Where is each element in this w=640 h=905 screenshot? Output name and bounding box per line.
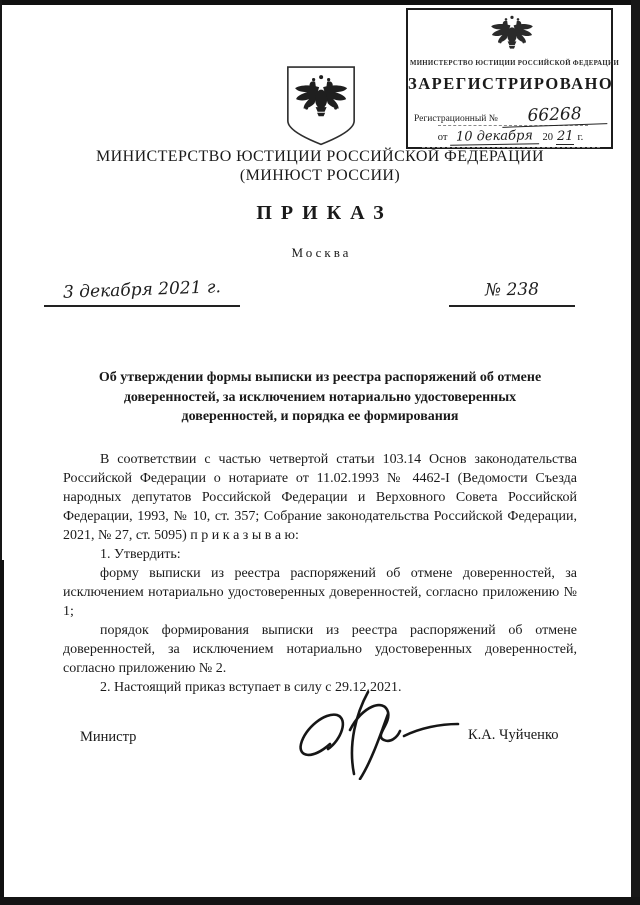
scan-edge-bottom — [0, 897, 640, 905]
stamp-year-printed: 20 — [542, 132, 553, 145]
stamp-registered-label: ЗАРЕГИСТРИРОВАНО — [408, 74, 611, 94]
city-label: Москва — [0, 245, 640, 261]
scan-edge-left-thick — [0, 560, 4, 905]
minister-signature — [292, 686, 470, 780]
document-title: Об утверждении формы выписки из реестра … — [95, 368, 545, 427]
document-page: МИНИСТЕРСТВО ЮСТИЦИИ РОССИЙСКОЙ ФЕДЕРАЦИ… — [0, 0, 640, 905]
stamp-registration-number-row: Регистрационный № 66268 — [414, 105, 607, 126]
header-block: МИНИСТЕРСТВО ЮСТИЦИИ РОССИЙСКОЙ ФЕДЕРАЦИ… — [0, 147, 640, 185]
scan-edge-right — [631, 0, 640, 905]
ministry-name: МИНИСТЕРСТВО ЮСТИЦИИ РОССИЙСКОЙ ФЕДЕРАЦИ… — [0, 147, 640, 166]
stamp-date-suffix: г. — [577, 132, 583, 145]
stamp-eagle-icon — [488, 13, 536, 57]
document-body: В соответствии с частью четвертой статьи… — [63, 450, 577, 697]
coat-of-arms-icon — [282, 62, 360, 150]
body-paragraph-legal-basis: В соответствии с частью четвертой статьи… — [63, 450, 577, 545]
stamp-date-value: 10 декабря — [450, 128, 539, 146]
stamp-year-written: 21 — [556, 129, 575, 145]
stamp-date-from-label: от — [438, 132, 448, 145]
document-type-title: ПРИКАЗ — [0, 202, 640, 225]
signer-role: Министр — [80, 729, 136, 746]
stamp-date-row: от 10 декабря 20 21 г. — [418, 129, 603, 145]
body-item-1: 1. Утвердить: — [63, 545, 577, 564]
document-number-handwritten: № 238 — [449, 280, 575, 307]
registration-stamp: МИНИСТЕРСТВО ЮСТИЦИИ РОССИЙСКОЙ ФЕДЕРАЦИ… — [406, 8, 613, 149]
document-date-handwritten: 3 декабря 2021 г. — [44, 280, 240, 307]
stamp-reg-number-label: Регистрационный № — [414, 114, 498, 126]
stamp-reg-number-value: 66268 — [501, 103, 607, 128]
ministry-short-name: (МИНЮСТ РОССИИ) — [0, 166, 640, 185]
body-item-1a: форму выписки из реестра распоряжений об… — [63, 564, 577, 621]
signer-name: К.А. Чуйченко — [468, 727, 559, 744]
stamp-ministry-label: МИНИСТЕРСТВО ЮСТИЦИИ РОССИЙСКОЙ ФЕДЕРАЦИ… — [410, 60, 609, 67]
scan-edge-top — [0, 0, 640, 5]
body-item-1b: порядок формирования выписки из реестра … — [63, 621, 577, 678]
